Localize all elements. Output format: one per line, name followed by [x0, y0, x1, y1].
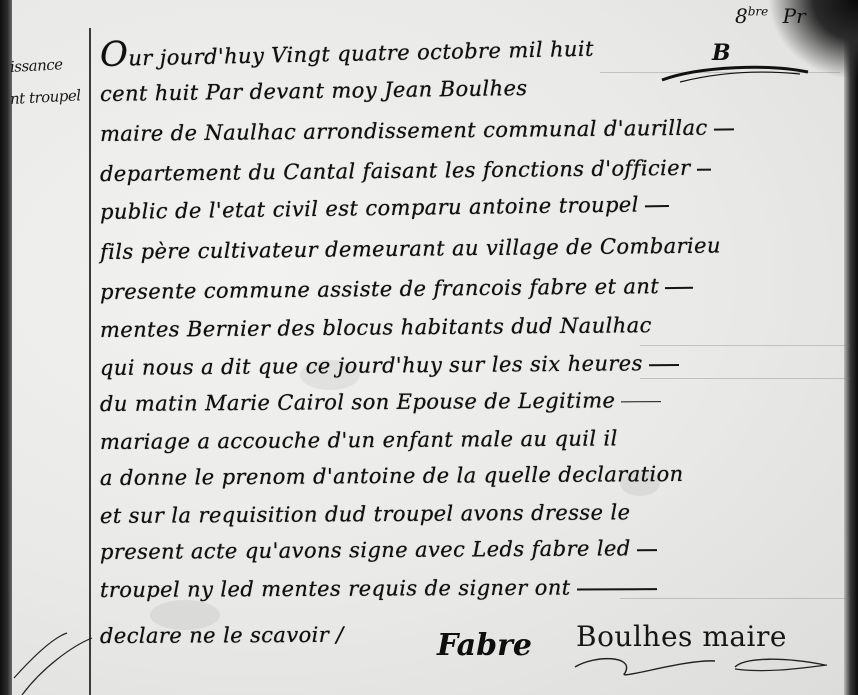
date-month: 8 [735, 4, 748, 28]
body-line-11: mariage a accouche d'un enfant male au q… [100, 426, 618, 454]
body-line-7-text: presente commune assiste de francois fab… [100, 274, 659, 304]
body-line-7: presente commune assiste de francois fab… [100, 274, 693, 304]
body-line-12-text: a donne le prenom d'antoine de la quelle… [100, 462, 684, 490]
line-filler-dash [577, 588, 657, 590]
signature-mayor: Boulhes maire [576, 620, 787, 653]
body-line-4: departement du Cantal faisant les foncti… [100, 156, 711, 186]
body-line-2-text: cent huit Par devant moy Jean Boulhes [100, 76, 528, 106]
body-line-5-text: public de l'etat civil est comparu antoi… [100, 192, 639, 224]
signature-mayor-name: Boulhes [576, 620, 693, 653]
body-line-2: cent huit Par devant moy Jean Boulhes [100, 76, 528, 106]
body-line-14: present acte qu'avons signe avec Leds fa… [100, 536, 657, 564]
margin-note-line-2: nt troupel [10, 86, 81, 108]
body-line-14-text: present acte qu'avons signe avec Leds fa… [100, 536, 631, 564]
body-line-5: public de l'etat civil est comparu antoi… [100, 192, 669, 224]
ruling-line [640, 378, 850, 379]
body-line-10-text: du matin Marie Cairol son Epouse de Legi… [100, 388, 615, 416]
line-filler-dash [645, 205, 669, 207]
body-line-13: et sur la requisition dud troupel avons … [100, 500, 631, 528]
drop-initial: O [100, 34, 129, 75]
date-year-suffix: Pr [783, 4, 806, 28]
body-line-8-text: mentes Bernier des blocus habitants dud … [100, 313, 652, 342]
body-line-16: declare ne le scavoir / [100, 623, 344, 648]
signature-mayor-title: maire [702, 620, 787, 653]
body-line-1-text: ur jourd'huy Vingt quatre octobre mil hu… [128, 37, 594, 71]
line-filler-dash [696, 168, 710, 170]
line-filler-dash [637, 549, 657, 551]
body-line-16-text: declare ne le scavoir / [100, 623, 344, 648]
body-line-10: du matin Marie Cairol son Epouse de Legi… [100, 388, 661, 416]
scanned-register-page: issance nt troupel 8bre Pr B Our jourd'h… [0, 0, 858, 695]
body-line-9-text: qui nous a dit que ce jourd'huy sur les … [100, 351, 643, 380]
body-line-3-text: maire de Naulhac arrondissement communal… [100, 116, 708, 146]
date-month-sup: bre [748, 4, 769, 18]
body-line-6-text: fils père cultivateur demeurant au villa… [100, 233, 721, 264]
line-filler-dash [621, 401, 661, 402]
signature-fabre: Fabre [437, 628, 532, 663]
line-filler-dash [665, 286, 693, 288]
body-line-6: fils père cultivateur demeurant au villa… [100, 233, 721, 264]
body-line-8: mentes Bernier des blocus habitants dud … [100, 313, 652, 342]
right-page-edge [844, 0, 858, 695]
margin-rule-line [89, 28, 91, 695]
body-line-9: qui nous a dit que ce jourd'huy sur les … [100, 351, 679, 380]
body-line-4-text: departement du Cantal faisant les foncti… [100, 156, 691, 186]
body-line-1: Our jourd'huy Vingt quatre octobre mil h… [100, 28, 594, 72]
body-line-15: troupel ny led mentes requis de signer o… [100, 575, 657, 602]
body-line-12: a donne le prenom d'antoine de la quelle… [100, 462, 684, 490]
line-filler-dash [714, 128, 734, 130]
line-filler-dash [649, 363, 679, 365]
body-line-3: maire de Naulhac arrondissement communal… [100, 115, 734, 146]
flourish-underline-icon [660, 62, 810, 84]
body-line-13-text: et sur la requisition dud troupel avons … [100, 500, 631, 528]
margin-note-line-1: issance [10, 55, 63, 76]
signature-flourish-icon [565, 653, 845, 683]
date-abbreviation: 8bre Pr [735, 4, 806, 28]
body-line-11-text: mariage a accouche d'un enfant male au q… [100, 426, 618, 454]
margin-flourish-icon [12, 618, 92, 695]
ruling-line [640, 345, 850, 346]
body-line-15-text: troupel ny led mentes requis de signer o… [100, 576, 571, 602]
